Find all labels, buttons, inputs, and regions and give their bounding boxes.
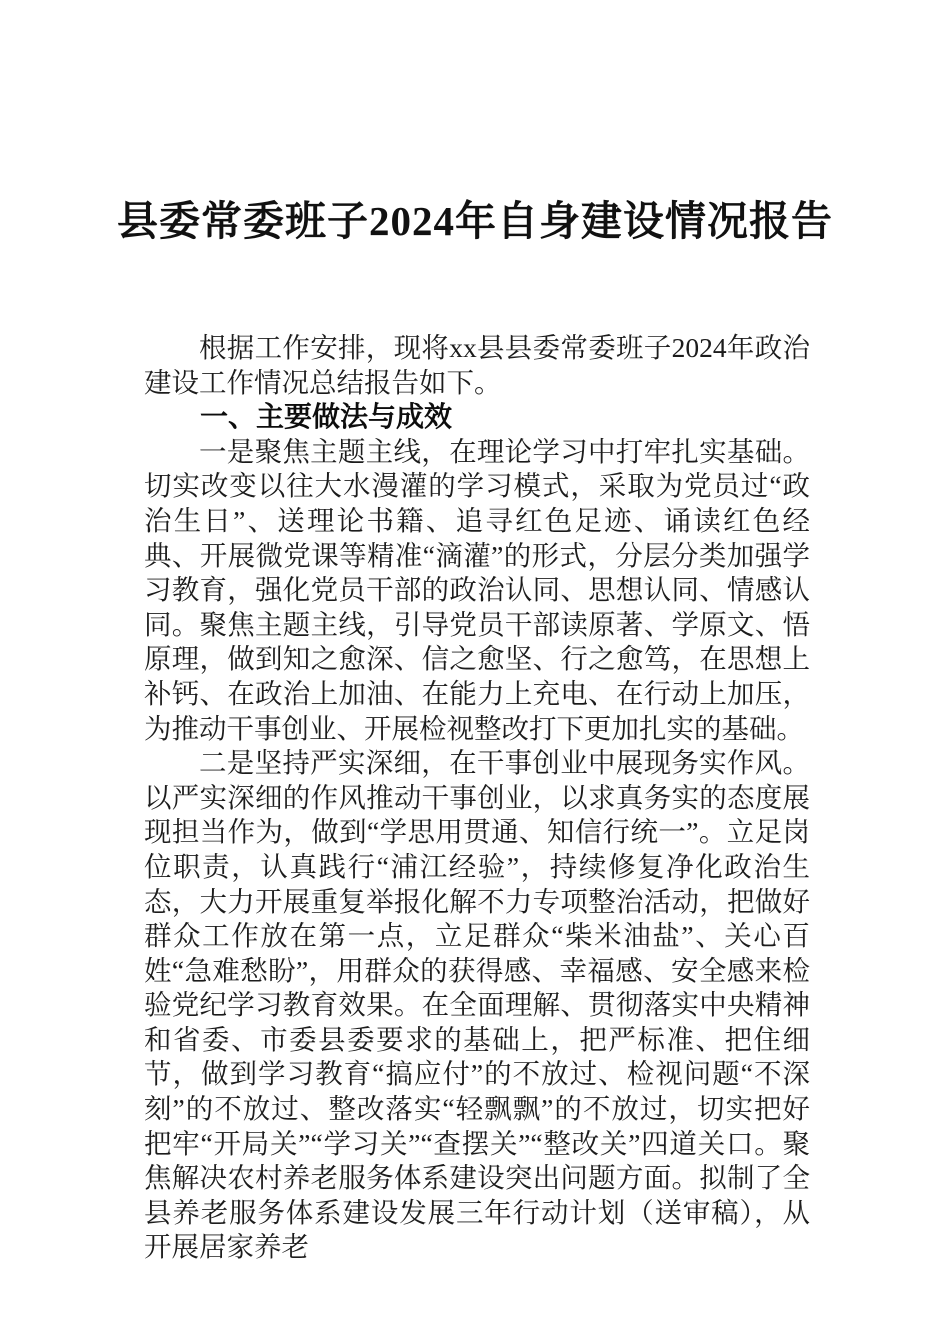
intro-paragraph: 根据工作安排，现将xx县县委常委班子2024年政治建设工作情况总结报告如下。 — [144, 331, 810, 400]
document-body: 根据工作安排，现将xx县县委常委班子2024年政治建设工作情况总结报告如下。 一… — [144, 331, 810, 1265]
paragraph-point-one-theory-study: 一是聚焦主题主线，在理论学习中打牢扎实基础。切实改变以往大水漫灌的学习模式，采取… — [144, 435, 810, 746]
document-title: 县委常委班子2024年自身建设情况报告 — [0, 188, 950, 247]
section-heading-main-practices: 一、主要做法与成效 — [144, 400, 810, 435]
document-page: 县委常委班子2024年自身建设情况报告 根据工作安排，现将xx县县委常委班子20… — [0, 0, 950, 1344]
paragraph-point-two-pragmatic-style: 二是坚持严实深细，在干事创业中展现务实作风。以严实深细的作风推动干事创业，以求真… — [144, 746, 810, 1265]
